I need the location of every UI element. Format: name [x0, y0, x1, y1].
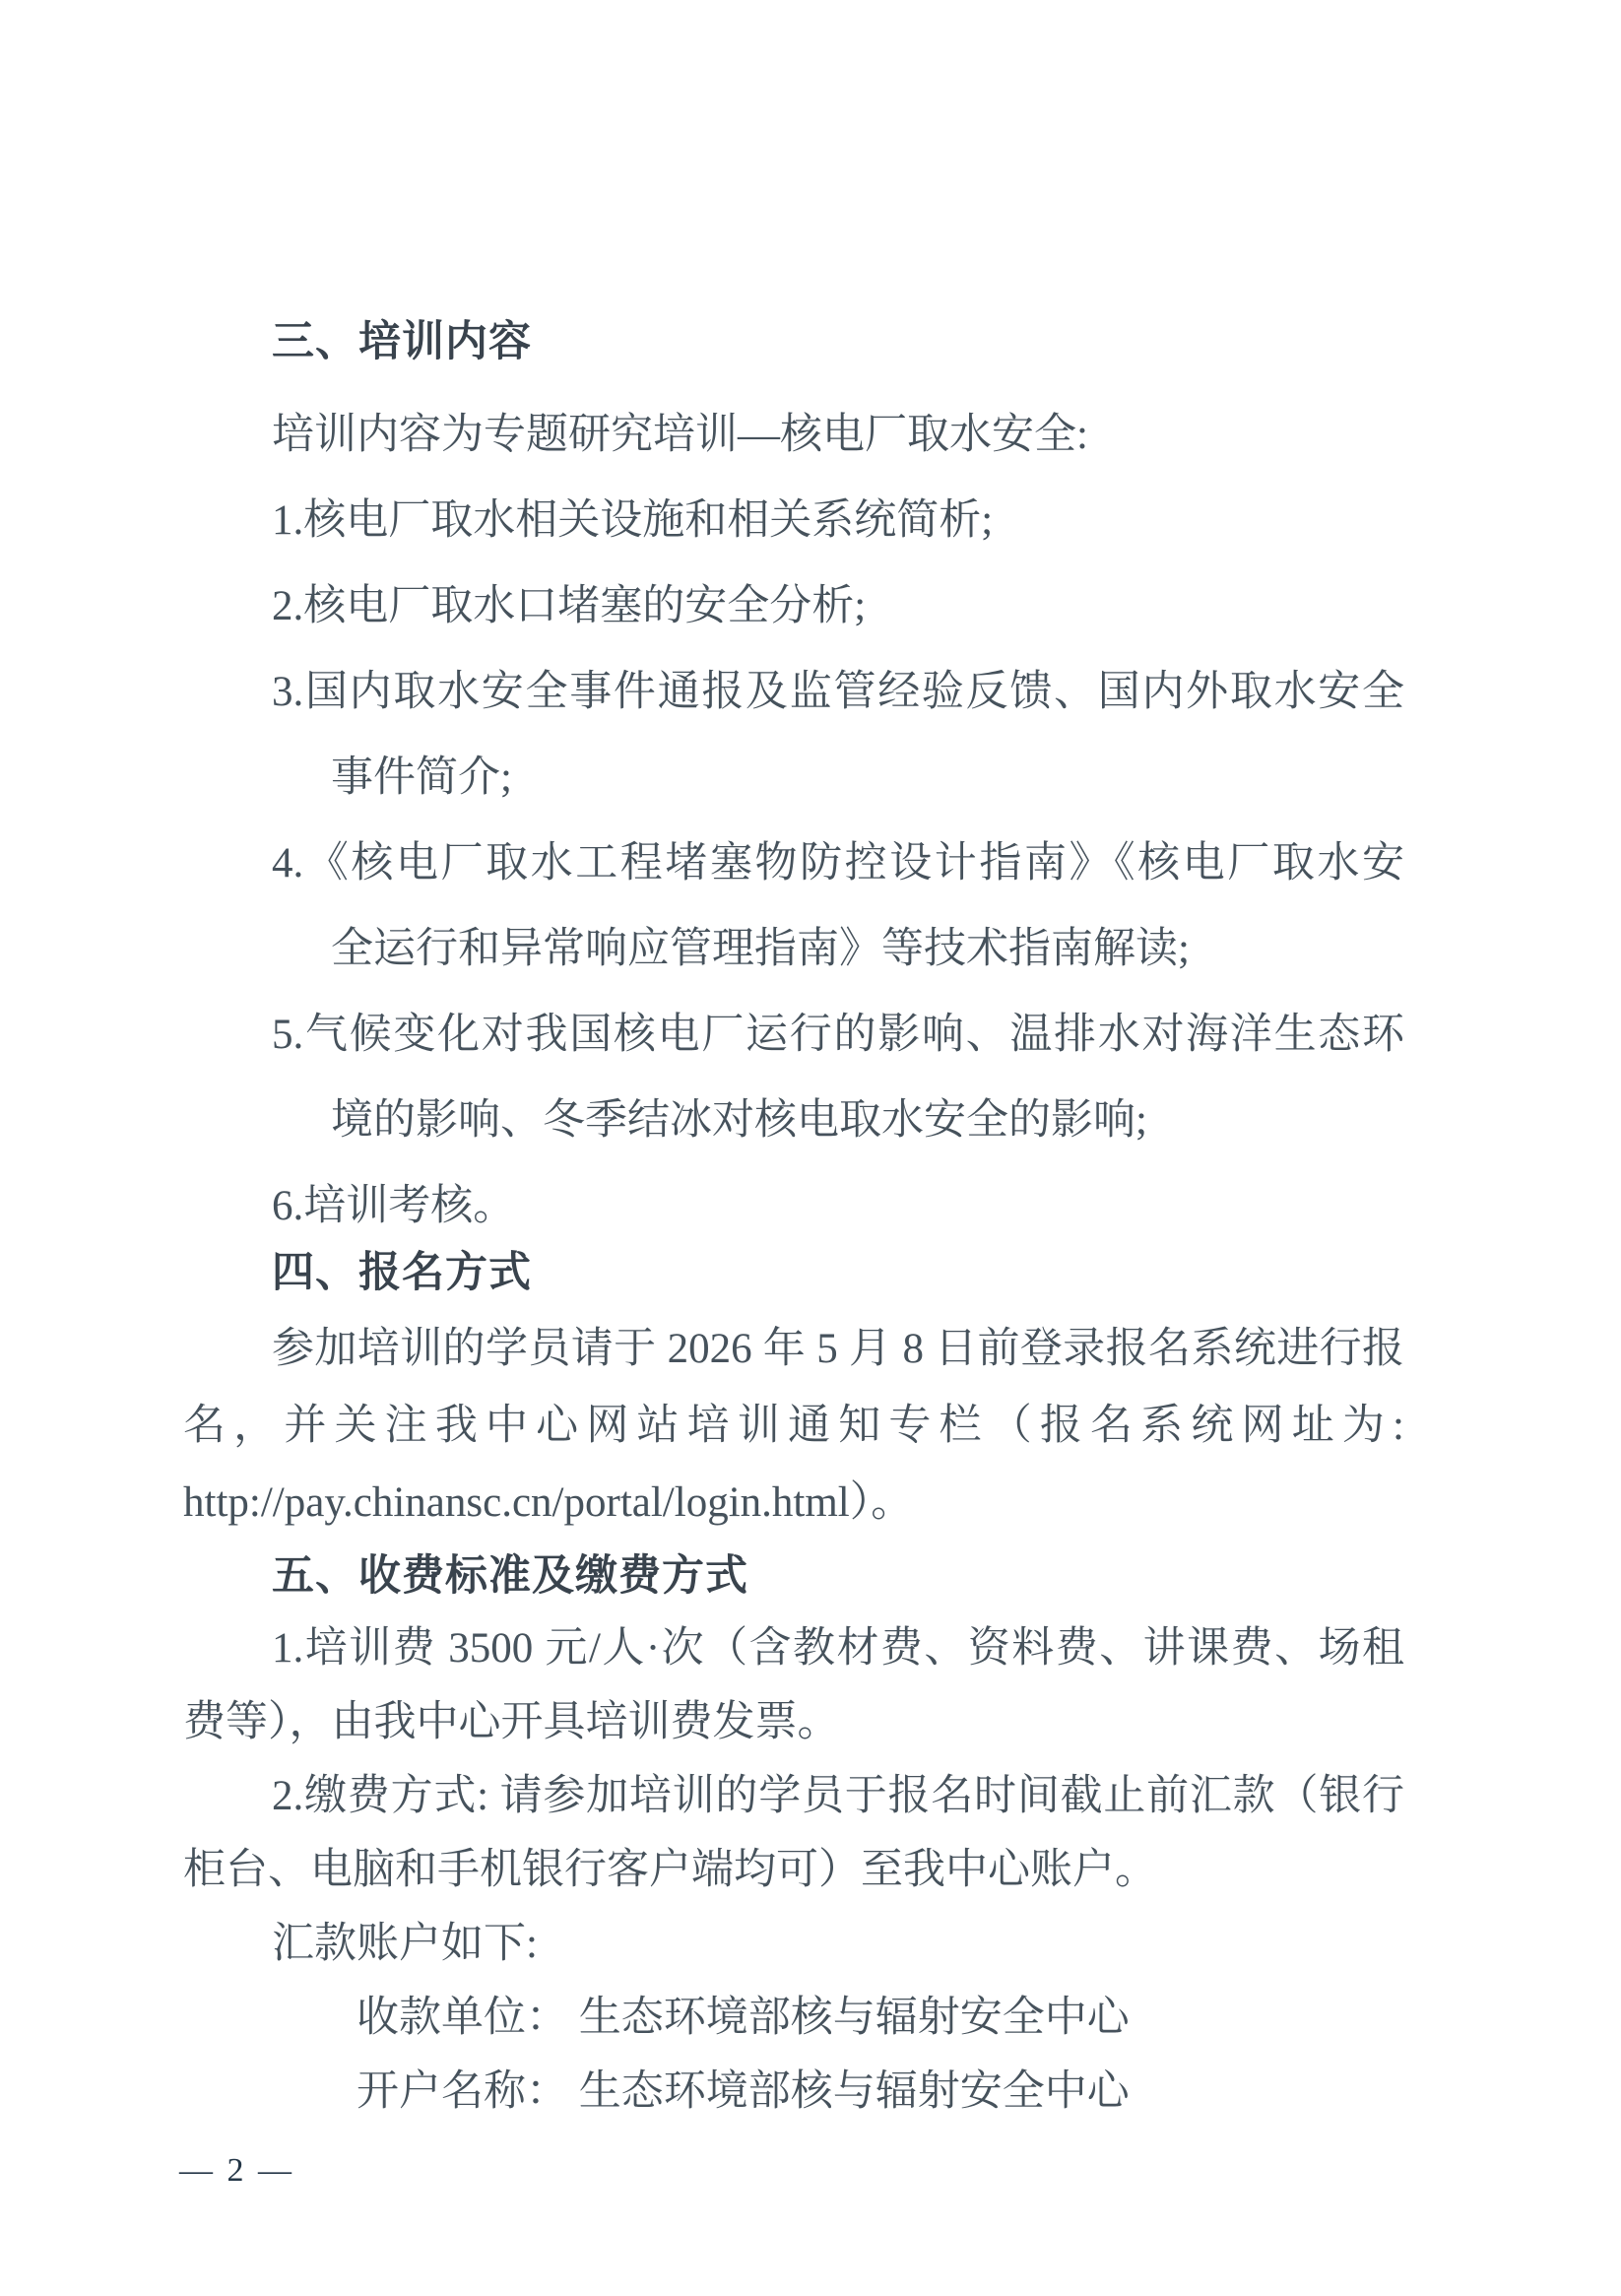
text-line: 境的影响、冬季结冰对核电取水安全的影响; — [183, 1078, 1404, 1163]
text-line: 参加培训的学员请于 2026 年 5 月 8 日前登录报名系统进行报 — [183, 1311, 1404, 1388]
page-number: — 2 — — [179, 2149, 1404, 2193]
text-line: 5.气候变化对我国核电厂运行的影响、温排水对海洋生态环 — [183, 992, 1404, 1078]
text-line: 全运行和异常响应管理指南》等技术指南解读; — [183, 906, 1404, 992]
payee-name-line: 收款单位： 生态环境部核与辐射安全中心 — [183, 1981, 1404, 2055]
document-page: 三、培训内容 培训内容为专题研究培训—核电厂取水安全: 1.核电厂取水相关设施和… — [0, 0, 1621, 2296]
registration-url-text: http://pay.chinansc.cn/portal/login.html… — [183, 1465, 1404, 1542]
section-heading-training-content: 三、培训内容 — [183, 312, 1404, 371]
text-line: 6.培训考核。 — [183, 1163, 1404, 1249]
section-training-content: 培训内容为专题研究培训—核电厂取水安全: 1.核电厂取水相关设施和相关系统简析;… — [183, 392, 1404, 1249]
text-line: 3.国内取水安全事件通报及监管经验反馈、国内外取水安全 — [183, 649, 1404, 735]
section-heading-registration: 四、报名方式 — [183, 1243, 1404, 1302]
text-line: 4.《核电厂取水工程堵塞物防控设计指南》《核电厂取水安 — [183, 820, 1404, 906]
section-registration: 参加培训的学员请于 2026 年 5 月 8 日前登录报名系统进行报 名，并关注… — [183, 1311, 1404, 1542]
text-line: 汇款账户如下: — [183, 1907, 1404, 1981]
section-fees: 1.培训费 3500 元/人·次（含教材费、资料费、讲课费、场租 费等），由我中… — [183, 1611, 1404, 2129]
text-line: 1.培训费 3500 元/人·次（含教材费、资料费、讲课费、场租 — [183, 1611, 1404, 1685]
document-content: 三、培训内容 培训内容为专题研究培训—核电厂取水安全: 1.核电厂取水相关设施和… — [183, 0, 1404, 2193]
text-line: 柜台、电脑和手机银行客户端均可）至我中心账户。 — [183, 1833, 1404, 1907]
text-line: 2.核电厂取水口堵塞的安全分析; — [183, 563, 1404, 649]
text-line: 费等），由我中心开具培训费发票。 — [183, 1685, 1404, 1759]
account-name-line: 开户名称： 生态环境部核与辐射安全中心 — [183, 2055, 1404, 2129]
text-line: 1.核电厂取水相关设施和相关系统简析; — [183, 478, 1404, 563]
text-line: 培训内容为专题研究培训—核电厂取水安全: — [183, 392, 1404, 478]
text-line: 2.缴费方式: 请参加培训的学员于报名时间截止前汇款（银行 — [183, 1759, 1404, 1833]
text-line: 名，并关注我中心网站培训通知专栏（报名系统网址为: — [183, 1388, 1404, 1465]
section-heading-fees: 五、收费标准及缴费方式 — [183, 1546, 1404, 1606]
text-line: 事件简介; — [183, 735, 1404, 820]
